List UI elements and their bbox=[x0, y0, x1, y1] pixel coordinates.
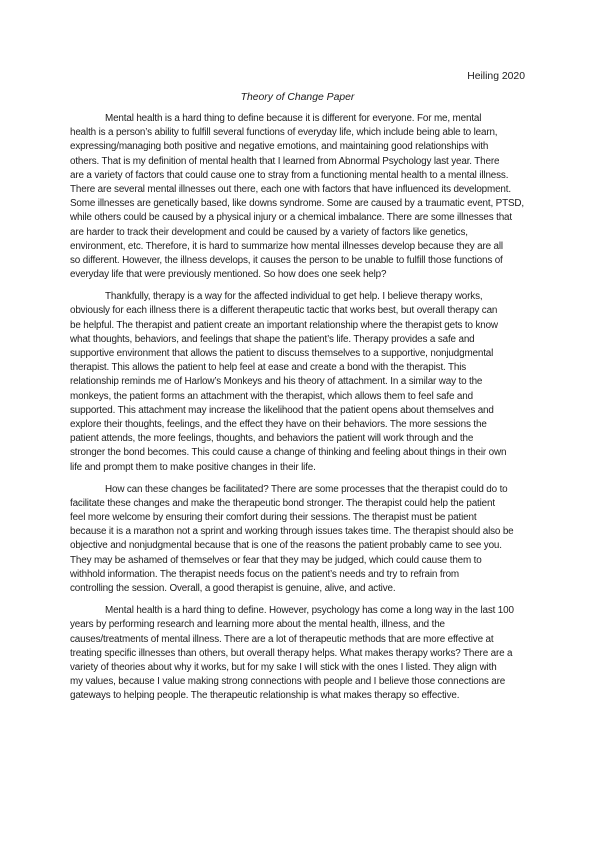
text-line: Mental health is a hard thing to define … bbox=[70, 112, 526, 126]
paragraph-1: Mental health is a hard thing to define … bbox=[70, 112, 526, 282]
text-line: are a variety of factors that could caus… bbox=[70, 169, 526, 183]
document-page: Heiling 2020 Theory of Change Paper Ment… bbox=[0, 0, 595, 842]
text-line: gateways to helping people. The therapeu… bbox=[70, 689, 526, 703]
paragraph-3: How can these changes be facilitated? Th… bbox=[70, 483, 526, 597]
text-line: Thankfully, therapy is a way for the aff… bbox=[70, 290, 526, 304]
text-line: causes/treatments of mental illness. The… bbox=[70, 633, 526, 647]
text-line: How can these changes be facilitated? Th… bbox=[70, 483, 526, 497]
text-line: variety of theories about why it works, … bbox=[70, 661, 526, 675]
text-line: facilitate these changes and make the th… bbox=[70, 497, 526, 511]
text-line: my values, because I value making strong… bbox=[70, 675, 526, 689]
document-body: Mental health is a hard thing to define … bbox=[70, 112, 526, 712]
header-author-year: Heiling 2020 bbox=[467, 70, 525, 83]
text-line: relationship reminds me of Harlow’s Monk… bbox=[70, 375, 526, 389]
text-line: others. That is my definition of mental … bbox=[70, 155, 526, 169]
text-line: everyday life that were previously menti… bbox=[70, 268, 526, 282]
text-line: life and prompt them to make positive ch… bbox=[70, 461, 526, 475]
document-title: Theory of Change Paper bbox=[0, 91, 595, 104]
text-line: Mental health is a hard thing to define.… bbox=[70, 604, 526, 618]
text-line: patient attends, the more feelings, thou… bbox=[70, 432, 526, 446]
text-line: years by performing research and learnin… bbox=[70, 618, 526, 632]
text-line: obviously for each illness there is a di… bbox=[70, 304, 526, 318]
text-line: expressing/managing both positive and ne… bbox=[70, 140, 526, 154]
text-line: environment, etc. Therefore, it is hard … bbox=[70, 240, 526, 254]
text-line: therapist. This allows the patient to he… bbox=[70, 361, 526, 375]
text-line: feel more welcome by ensuring their comf… bbox=[70, 511, 526, 525]
text-line: supported. This attachment may increase … bbox=[70, 404, 526, 418]
text-line: monkeys, the patient forms an attachment… bbox=[70, 390, 526, 404]
text-line: withhold information. The therapist need… bbox=[70, 568, 526, 582]
text-line: so different. However, the illness devel… bbox=[70, 254, 526, 268]
text-line: supportive environment that allows the p… bbox=[70, 347, 526, 361]
text-line: while others could be caused by a physic… bbox=[70, 211, 526, 225]
text-line: Some illnesses are genetically based, li… bbox=[70, 197, 526, 211]
text-line: objective and nonjudgmental because that… bbox=[70, 539, 526, 553]
text-line: explore their thoughts, feelings, and th… bbox=[70, 418, 526, 432]
text-line: stronger the bond becomes. This could ca… bbox=[70, 446, 526, 460]
text-line: treating specific illnesses than others,… bbox=[70, 647, 526, 661]
text-line: controlling the session. Overall, a good… bbox=[70, 582, 526, 596]
text-line: There are several mental illnesses out t… bbox=[70, 183, 526, 197]
text-line: They may be ashamed of themselves or fea… bbox=[70, 554, 526, 568]
paragraph-2: Thankfully, therapy is a way for the aff… bbox=[70, 290, 526, 474]
text-line: what thoughts, behaviors, and feelings t… bbox=[70, 333, 526, 347]
text-line: are harder to track their development an… bbox=[70, 226, 526, 240]
text-line: because it is a marathon not a sprint an… bbox=[70, 525, 526, 539]
paragraph-4: Mental health is a hard thing to define.… bbox=[70, 604, 526, 703]
text-line: health is a person’s ability to fulfill … bbox=[70, 126, 526, 140]
text-line: be helpful. The therapist and patient cr… bbox=[70, 319, 526, 333]
